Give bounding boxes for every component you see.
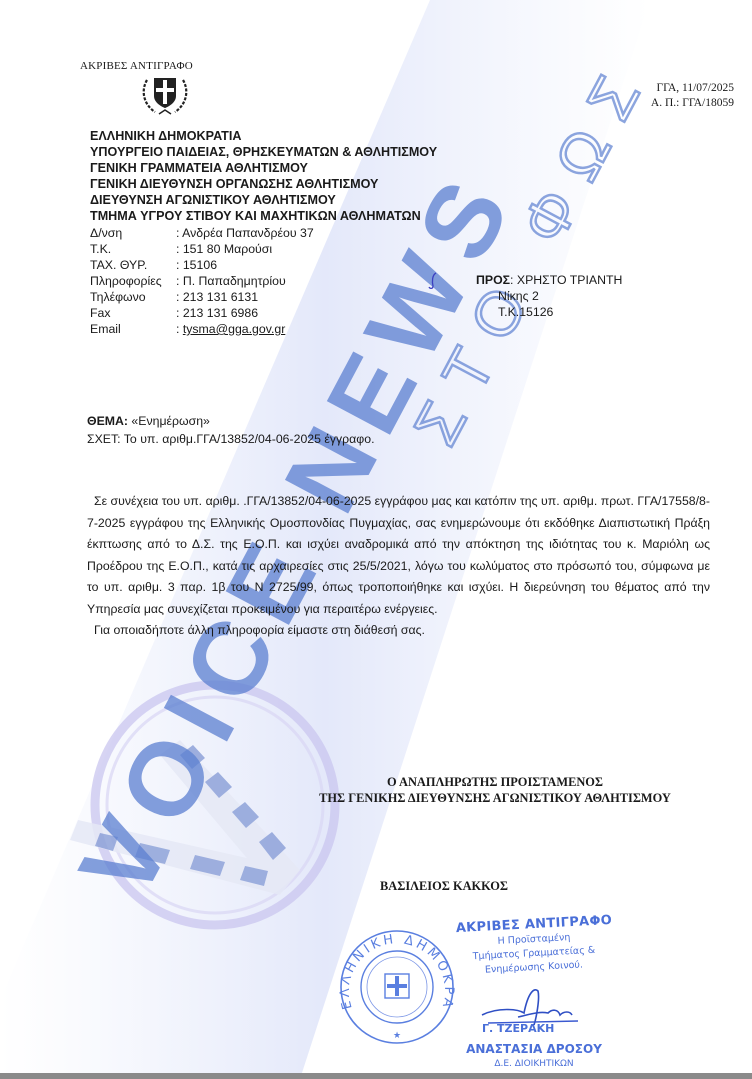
contact-value: : Π. Παπαδημητρίου	[176, 273, 286, 289]
signatory-name: ΒΑΣΙΛΕΙΟΣ ΚΑΚΚΟΣ	[380, 879, 508, 894]
stamp-role: Δ.Ε. ΔΙΟΙΚΗΤΙΚΩΝ	[454, 1059, 614, 1069]
signatory-title: Ο ΑΝΑΠΛΗΡΩΤΗΣ ΠΡΟΙΣΤΑΜΕΝΟΣ ΤΗΣ ΓΕΝΙΚΗΣ Δ…	[240, 774, 750, 806]
contact-label: Δ/νση	[90, 225, 176, 241]
contact-row: Δ/νση: Ανδρέα Παπανδρέου 37	[90, 225, 314, 241]
svg-text:ΕΛΛΗΝΙΚΗ ΔΗΜΟΚΡΑΤΙΑ: ΕΛΛΗΝΙΚΗ ΔΗΜΟΚΡΑΤΙΑ	[338, 928, 456, 1012]
contact-value: : 213 131 6131	[176, 289, 258, 305]
official-seal-icon: ΕΛΛΗΝΙΚΗ ΔΗΜΟΚΡΑΤΙΑ ★	[338, 928, 456, 1046]
org-line: ΓΕΝΙΚΗ ΔΙΕΥΘΥΝΣΗ ΟΡΓΑΝΩΣΗΣ ΑΘΛΗΤΙΣΜΟΥ	[90, 176, 437, 192]
svg-text:★: ★	[393, 1030, 401, 1040]
contact-row: Τ.Κ.: 151 80 Μαρούσι	[90, 241, 314, 257]
contact-label: ΤΑΧ. ΘΥΡ.	[90, 257, 176, 273]
contact-row: Πληροφορίες: Π. Παπαδημητρίου	[90, 273, 314, 289]
recipient-postal-code: Τ.Κ.15126	[476, 304, 622, 320]
reference-date: ΓΓΑ, 11/07/2025	[651, 81, 734, 96]
document-page: VOICE NEWS ΣΤΟ ΦΩΣ ΑΚΡΙΒΕΣ ΑΝΤΙΓΡΑΦΟ ΓΓΑ…	[0, 0, 752, 1079]
svg-text:ΣΤΟ ΦΩΣ: ΣΤΟ ΦΩΣ	[401, 46, 663, 457]
contact-row: Fax: 213 131 6986	[90, 305, 314, 321]
reference-block: ΓΓΑ, 11/07/2025 Α. Π.: ΓΓΑ/18059	[651, 81, 734, 111]
issuing-organization: ΕΛΛΗΝΙΚΗ ΔΗΜΟΚΡΑΤΙΑ ΥΠΟΥΡΓΕΙΟ ΠΑΙΔΕΙΑΣ, …	[90, 128, 437, 224]
email-link[interactable]: tysma@gga.gov.gr	[183, 322, 285, 336]
contact-label: Τ.Κ.	[90, 241, 176, 257]
contact-row: Τηλέφωνο: 213 131 6131	[90, 289, 314, 305]
bottom-edge	[0, 1073, 752, 1079]
letter-body: Σε συνέχεια του υπ. αριθμ. .ΓΓΑ/13852/04…	[87, 491, 710, 642]
contact-row: ΤΑΧ. ΘΥΡ.: 15106	[90, 257, 314, 273]
pen-mark-icon	[428, 272, 438, 290]
contact-value: : 151 80 Μαρούσι	[176, 241, 272, 257]
signatory-title-line: Ο ΑΝΑΠΛΗΡΩΤΗΣ ΠΡΟΙΣΤΑΜΕΝΟΣ	[240, 774, 750, 790]
recipient-street: Νίκης 2	[476, 288, 622, 304]
contact-label: Fax	[90, 305, 176, 321]
subject-label: ΘΕΜΑ:	[87, 414, 128, 428]
org-line: ΥΠΟΥΡΓΕΙΟ ΠΑΙΔΕΙΑΣ, ΘΡΗΣΚΕΥΜΑΤΩΝ & ΑΘΛΗΤ…	[90, 144, 437, 160]
org-line: ΔΙΕΥΘΥΝΣΗ ΑΓΩΝΙΣΤΙΚΟΥ ΑΘΛΗΤΙΣΜΟΥ	[90, 192, 437, 208]
contact-details: Δ/νση: Ανδρέα Παπανδρέου 37 Τ.Κ.: 151 80…	[90, 225, 314, 337]
contact-value: : 15106	[176, 257, 217, 273]
related-reference: ΣΧΕΤ: Το υπ. αριθμ.ΓΓΑ/13852/04-06-2025 …	[87, 430, 375, 448]
org-line: ΓΕΝΙΚΗ ΓΡΑΜΜΑΤΕΙΑ ΑΘΛΗΤΙΣΜΟΥ	[90, 160, 437, 176]
recipient-label: ΠΡΟΣ	[476, 273, 510, 287]
signatory-title-line: ΤΗΣ ΓΕΝΙΚΗΣ ΔΙΕΥΘΥΝΣΗΣ ΑΓΩΝΙΣΤΙΚΟΥ ΑΘΛΗΤ…	[240, 790, 750, 806]
org-line: ΤΜΗΜΑ ΥΓΡΟΥ ΣΤΙΒΟΥ ΚΑΙ ΜΑΧΗΤΙΚΩΝ ΑΘΛΗΜΑΤ…	[90, 208, 437, 224]
contact-row: Email: tysma@gga.gov.gr	[90, 321, 314, 337]
contact-label: Πληροφορίες	[90, 273, 176, 289]
protocol-number: Α. Π.: ΓΓΑ/18059	[651, 96, 734, 111]
stamp-name: ΑΝΑΣΤΑΣΙΑ ΔΡΟΣΟΥ	[454, 1042, 614, 1056]
colon: :	[176, 322, 183, 336]
org-line: ΕΛΛΗΝΙΚΗ ΔΗΜΟΚΡΑΤΙΑ	[90, 128, 437, 144]
body-paragraph: Σε συνέχεια του υπ. αριθμ. .ΓΓΑ/13852/04…	[87, 491, 710, 620]
contact-label: Τηλέφωνο	[90, 289, 176, 305]
subject-value: «Ενημέρωση»	[128, 414, 210, 428]
contact-value: : tysma@gga.gov.gr	[176, 321, 285, 337]
subject-block: ΘΕΜΑ: «Ενημέρωση» ΣΧΕΤ: Το υπ. αριθμ.ΓΓΑ…	[87, 412, 375, 448]
handwritten-signature-icon	[478, 985, 588, 1030]
contact-value: : Ανδρέα Παπανδρέου 37	[176, 225, 314, 241]
recipient-block: ΠΡΟΣ: ΧΡΗΣΤΟ ΤΡΙΑΝΤΗ Νίκης 2 Τ.Κ.15126	[476, 272, 622, 320]
body-paragraph: Για οποιαδήποτε άλλη πληροφορία είμαστε …	[87, 620, 710, 642]
contact-label: Email	[90, 321, 176, 337]
certified-copy-stamp: ΑΚΡΙΒΕΣ ΑΝΤΙΓΡΑΦΟ Η Προϊσταμένη Τμήματος…	[454, 917, 614, 974]
greek-coat-of-arms-icon	[137, 68, 193, 118]
recipient-name: : ΧΡΗΣΤΟ ΤΡΙΑΝΤΗ	[510, 273, 622, 287]
contact-value: : 213 131 6986	[176, 305, 258, 321]
